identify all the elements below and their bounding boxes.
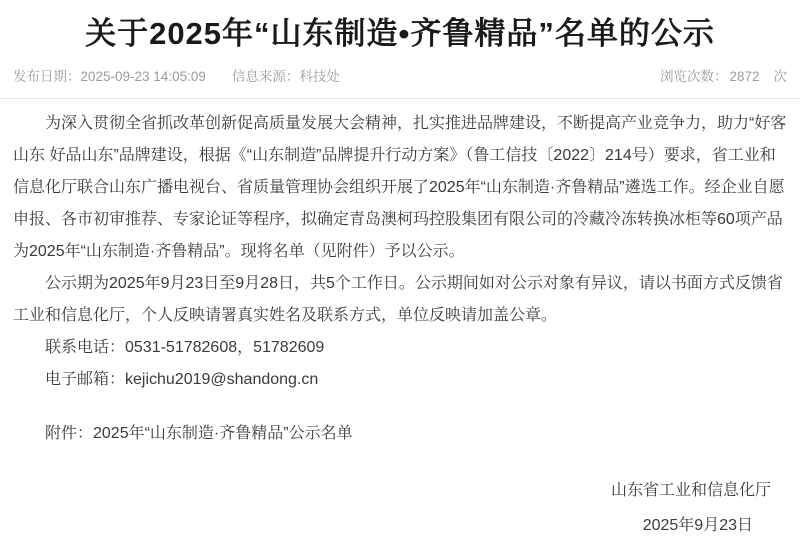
announcement-page: 关于2025年“山东制造•齐鲁精品”名单的公示 发布日期：2025-09-23 …: [0, 0, 800, 542]
body-paragraph-2: 公示期为2025年9月23日至9月28日，共5个工作日。公示期间如对公示对象有异…: [13, 268, 787, 332]
page-title: 关于2025年“山东制造•齐鲁精品”名单的公示: [0, 12, 800, 56]
publish-date-label: 发布日期：: [13, 69, 81, 84]
views-label: 浏览次数：: [660, 69, 728, 84]
source-value: 科技处: [299, 69, 340, 84]
meta-left-group: 发布日期：2025-09-23 14:05:09 信息来源：科技处: [13, 65, 340, 85]
body-paragraph-1: 为深入贯彻全省抓改革创新促高质量发展大会精神，扎实推进品牌建设，不断提高产业竞争…: [13, 108, 787, 268]
views-unit: 次: [774, 69, 788, 84]
views-item: 浏览次数：2872次: [660, 65, 787, 85]
source-item: 信息来源：科技处: [232, 65, 340, 85]
signature-organization: 山东省工业和信息化厅: [13, 474, 787, 507]
attachment-link[interactable]: 附件：2025年“山东制造·齐鲁精品”公示名单: [13, 418, 787, 450]
contact-email-line: 电子邮箱：kejichu2019@shandong.cn: [13, 364, 787, 396]
views-count: 2872: [729, 69, 759, 84]
publish-date-value: 2025-09-23 14:05:09: [81, 69, 206, 84]
meta-bar: 发布日期：2025-09-23 14:05:09 信息来源：科技处 浏览次数：2…: [0, 65, 800, 85]
source-label: 信息来源：: [232, 69, 300, 84]
contact-phone-line: 联系电话：0531-51782608，51782609: [13, 332, 787, 364]
publish-date-item: 发布日期：2025-09-23 14:05:09: [13, 65, 206, 85]
signature-date: 2025年9月23日: [13, 509, 787, 542]
signature-block: 山东省工业和信息化厅 2025年9月23日: [13, 474, 787, 542]
document-body: 为深入贯彻全省抓改革创新促高质量发展大会精神，扎实推进品牌建设，不断提高产业竞争…: [0, 99, 800, 542]
